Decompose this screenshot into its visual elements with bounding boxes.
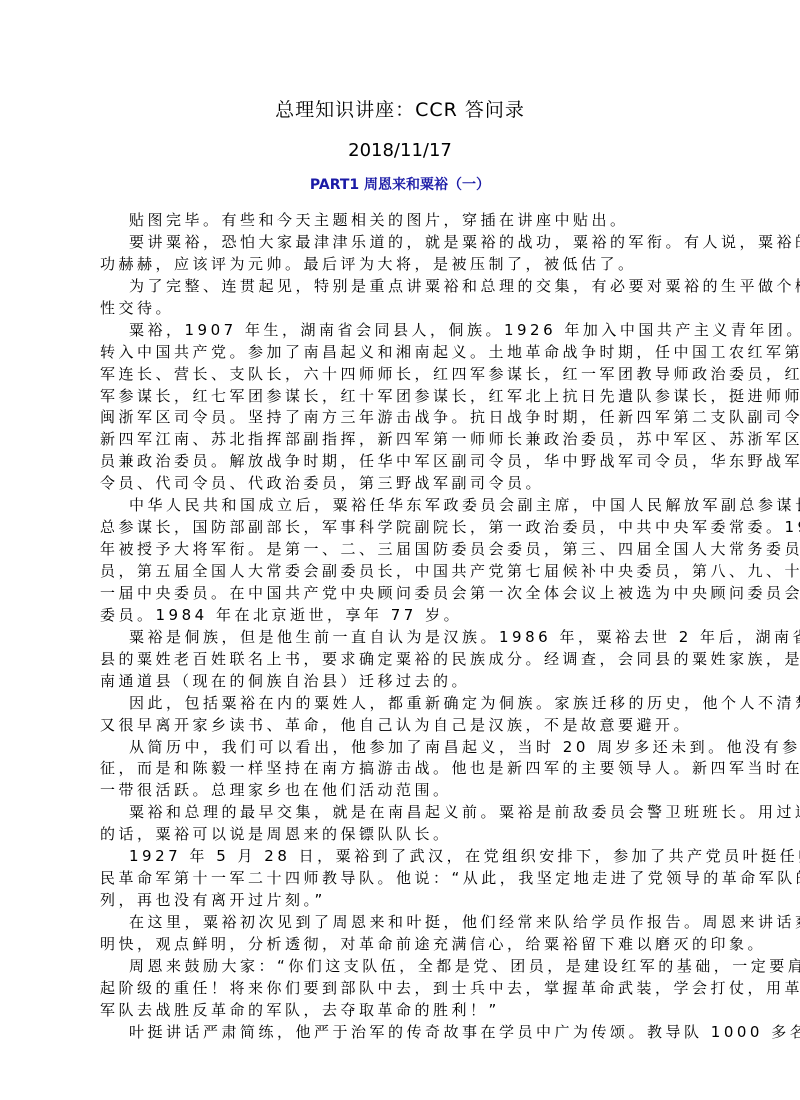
text-line: 委员。1984 年在北京逝世，享年 77 岁。 [100, 605, 685, 627]
text-line: 军队去战胜反革命的军队，去夺取革命的胜利！” [100, 1000, 685, 1022]
text-line: 县的粟姓老百姓联名上书，要求确定粟裕的民族成分。经调查，会同县的粟姓家族，是从湖 [100, 649, 685, 671]
text-line: 征，而是和陈毅一样坚持在南方搞游击战。他也是新四军的主要领导人。新四军当时在淮安 [100, 758, 685, 780]
paragraph: 粟裕，1907 年生，湖南省会同县人，侗族。1926 年加入中国共产主义青年团。… [100, 320, 685, 496]
paragraph: 粟裕和总理的最早交集，就是在南昌起义前。粟裕是前敌委员会警卫班班长。用过通俗的话… [100, 802, 685, 846]
text-line: 中华人民共和国成立后，粟裕任华东军政委员会副主席，中国人民解放军副总参谋长、 [100, 495, 685, 517]
text-line: 令员、代司令员、代政治委员，第三野战军副司令员。 [100, 473, 685, 495]
text-line: 从简历中，我们可以看出，他参加了南昌起义，当时 20 周岁多还未到。他没有参加长 [100, 737, 685, 759]
paragraph: 周恩来鼓励大家：“你们这支队伍，全都是党、团员，是建设红军的基础，一定要肩负起阶… [100, 956, 685, 1022]
paragraph: 要讲粟裕，恐怕大家最津津乐道的，就是粟裕的战功，粟裕的军衔。有人说，粟裕的战功赫… [100, 232, 685, 276]
text-line: 1927 年 5 月 28 日，粟裕到了武汉，在党组织安排下，参加了共产党员叶挺… [100, 846, 685, 868]
paragraph: 因此，包括粟裕在内的粟姓人，都重新确定为侗族。家族迁移的历史，他个人不清楚，又很… [100, 693, 685, 737]
text-line: 员，第五届全国人大常委会副委员长，中国共产党第七届候补中央委员，第八、九、十、十 [100, 561, 685, 583]
paragraph: 在这里，粟裕初次见到了周恩来和叶挺，他们经常来队给学员作报告。周恩来讲话爽朗明快… [100, 912, 685, 956]
document-body: 贴图完毕。有些和今天主题相关的图片，穿插在讲座中贴出。要讲粟裕，恐怕大家最津津乐… [100, 210, 685, 1044]
text-line: 为了完整、连贯起见，特别是重点讲粟裕和总理的交集，有必要对粟裕的生平做个概括 [100, 276, 685, 298]
text-line: 军连长、营长、支队长，六十四师师长，红四军参谋长，红一军团教导师政治委员，红十一 [100, 364, 685, 386]
text-line: 起阶级的重任！将来你们要到部队中去，到士兵中去，掌握革命武装，学会打仗，用革命的 [100, 978, 685, 1000]
paragraph: 粟裕是侗族，但是他生前一直自认为是汉族。1986 年，粟裕去世 2 年后，湖南省… [100, 627, 685, 693]
section-heading: PART1 周恩来和粟裕（一） [0, 174, 800, 194]
text-line: 民革命军第十一军二十四师教导队。他说：“从此，我坚定地走进了党领导的革命军队的行 [100, 868, 685, 890]
paragraph: 为了完整、连贯起见，特别是重点讲粟裕和总理的交集，有必要对粟裕的生平做个概括性交… [100, 276, 685, 320]
text-line: 周恩来鼓励大家：“你们这支队伍，全都是党、团员，是建设红军的基础，一定要肩负 [100, 956, 685, 978]
text-line: 的话，粟裕可以说是周恩来的保镖队队长。 [100, 824, 685, 846]
text-line: 列，再也没有离开过片刻。” [100, 890, 685, 912]
text-line: 叶挺讲话严肃简练，他严于治军的传奇故事在学员中广为传颂。教导队 1000 多名学… [100, 1022, 685, 1044]
paragraph: 1927 年 5 月 28 日，粟裕到了武汉，在党组织安排下，参加了共产党员叶挺… [100, 846, 685, 912]
text-line: 员兼政治委员。解放战争时期，任华中军区副司令员，华中野战军司令员，华东野战军副司 [100, 451, 685, 473]
text-line: 粟裕和总理的最早交集，就是在南昌起义前。粟裕是前敌委员会警卫班班长。用过通俗 [100, 802, 685, 824]
document-title: 总理知识讲座：CCR 答问录 [0, 95, 800, 122]
text-line: 年被授予大将军衔。是第一、二、三届国防委员会委员，第三、四届全国人大常务委员会委 [100, 539, 685, 561]
text-line: 粟裕，1907 年生，湖南省会同县人，侗族。1926 年加入中国共产主义青年团。… [100, 320, 685, 342]
text-line: 功赫赫，应该评为元帅。最后评为大将，是被压制了，被低估了。 [100, 254, 685, 276]
text-line: 总参谋长，国防部副部长，军事科学院副院长，第一政治委员，中共中央军委常委。195… [100, 517, 685, 539]
text-line: 又很早离开家乡读书、革命，他自己认为自己是汉族，不是故意要避开。 [100, 715, 685, 737]
text-line: 性交待。 [100, 298, 685, 320]
text-line: 一届中央委员。在中国共产党中央顾问委员会第一次全体会议上被选为中央顾问委员会常务 [100, 583, 685, 605]
paragraph: 从简历中，我们可以看出，他参加了南昌起义，当时 20 周岁多还未到。他没有参加长… [100, 737, 685, 803]
text-line: 转入中国共产党。参加了南昌起义和湘南起义。土地革命战争时期，任中国工农红军第十二 [100, 342, 685, 364]
text-line: 粟裕是侗族，但是他生前一直自认为是汉族。1986 年，粟裕去世 2 年后，湖南省… [100, 627, 685, 649]
document-page: 总理知识讲座：CCR 答问录 2018/11/17 PART1 周恩来和粟裕（一… [0, 0, 800, 1100]
text-line: 明快，观点鲜明，分析透彻，对革命前途充满信心，给粟裕留下难以磨灭的印象。 [100, 934, 685, 956]
text-line: 在这里，粟裕初次见到了周恩来和叶挺，他们经常来队给学员作报告。周恩来讲话爽朗 [100, 912, 685, 934]
text-line: 因此，包括粟裕在内的粟姓人，都重新确定为侗族。家族迁移的历史，他个人不清楚， [100, 693, 685, 715]
document-date: 2018/11/17 [0, 140, 800, 161]
paragraph: 贴图完毕。有些和今天主题相关的图片，穿插在讲座中贴出。 [100, 210, 685, 232]
text-line: 闽浙军区司令员。坚持了南方三年游击战争。抗日战争时期，任新四军第二支队副司令员， [100, 407, 685, 429]
paragraph: 叶挺讲话严肃简练，他严于治军的传奇故事在学员中广为传颂。教导队 1000 多名学… [100, 1022, 685, 1044]
text-line: 南通道县（现在的侗族自治县）迁移过去的。 [100, 671, 685, 693]
text-line: 新四军江南、苏北指挥部副指挥，新四军第一师师长兼政治委员，苏中军区、苏浙军区司令 [100, 429, 685, 451]
text-line: 贴图完毕。有些和今天主题相关的图片，穿插在讲座中贴出。 [100, 210, 685, 232]
text-line: 一带很活跃。总理家乡也在他们活动范围。 [100, 780, 685, 802]
text-line: 要讲粟裕，恐怕大家最津津乐道的，就是粟裕的战功，粟裕的军衔。有人说，粟裕的战 [100, 232, 685, 254]
paragraph: 中华人民共和国成立后，粟裕任华东军政委员会副主席，中国人民解放军副总参谋长、总参… [100, 495, 685, 627]
text-line: 军参谋长，红七军团参谋长，红十军团参谋长，红军北上抗日先遣队参谋长，挺进师师长， [100, 386, 685, 408]
